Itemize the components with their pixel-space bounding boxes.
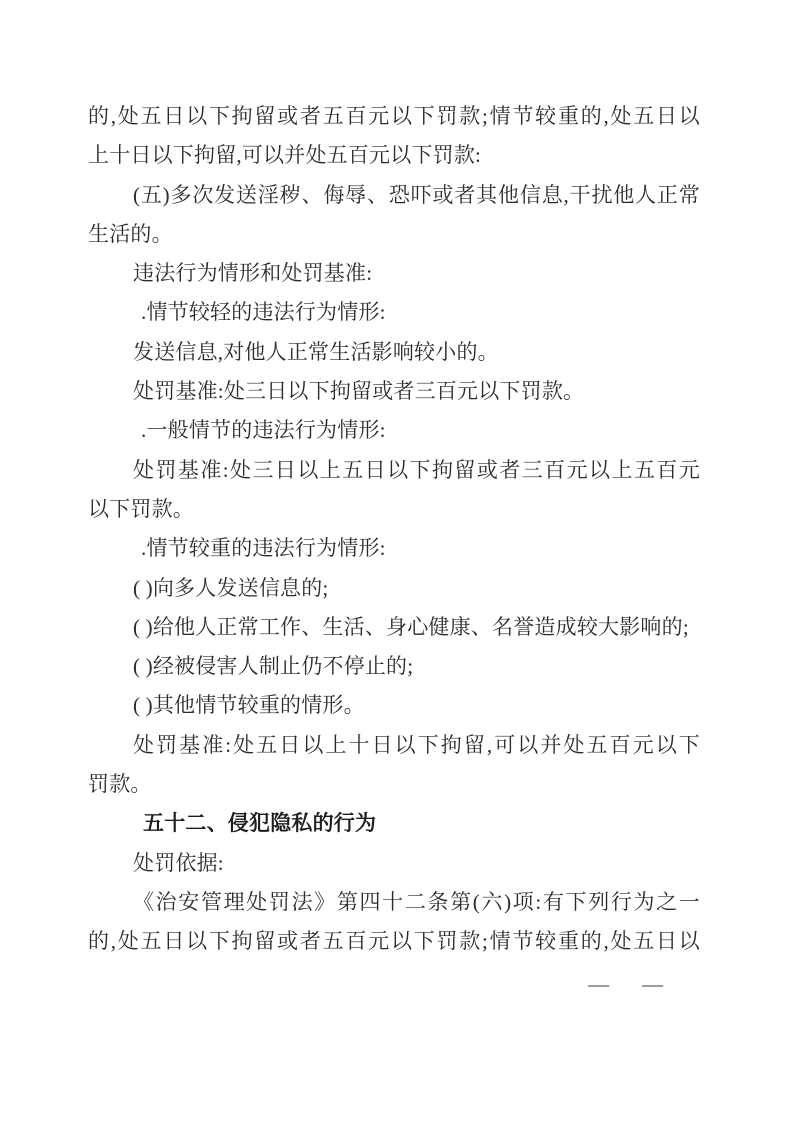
text-line: 发送信息,对他人正常生活影响较小的。 <box>88 333 700 372</box>
page-footer: — — <box>588 974 663 995</box>
text-line: ( )给他人正常工作、生活、身心健康、名誉造成较大影响的; <box>88 608 700 647</box>
text-line: 生活的。 <box>88 215 700 254</box>
page-number-dash-left: — <box>588 974 609 995</box>
text-line: 以下罚款。 <box>88 490 700 529</box>
text-line: 上十日以下拘留,可以并处五百元以下罚款: <box>88 136 700 175</box>
text-line: 处罚基准:处三日以上五日以下拘留或者三百元以上五百元 <box>88 451 700 490</box>
section-heading: 五十二、侵犯隐私的行为 <box>88 804 700 843</box>
text-line: 处罚基准:处五日以上十日以下拘留,可以并处五百元以下 <box>88 726 700 765</box>
text-block: 的,处五日以下拘留或者五百元以下罚款;情节较重的,处五日以 上十日以下拘留,可以… <box>88 97 700 962</box>
text-line: 《治安管理处罚法》第四十二条第(六)项:有下列行为之一 <box>88 883 700 922</box>
text-line: (五)多次发送淫秽、侮辱、恐吓或者其他信息,干扰他人正常 <box>88 176 700 215</box>
text-line: .情节较重的违法行为情形: <box>88 529 700 568</box>
text-line: ( )向多人发送信息的; <box>88 569 700 608</box>
text-line: ( )经被侵害人制止仍不停止的; <box>88 647 700 686</box>
text-line: 罚款。 <box>88 765 700 804</box>
page-number-dash-right: — <box>642 974 663 995</box>
text-line: .情节较轻的违法行为情形: <box>88 293 700 332</box>
text-line: 处罚依据: <box>88 844 700 883</box>
text-line: ( )其他情节较重的情形。 <box>88 686 700 725</box>
text-line: 的,处五日以下拘留或者五百元以下罚款;情节较重的,处五日以 <box>88 97 700 136</box>
document-page: 的,处五日以下拘留或者五百元以下罚款;情节较重的,处五日以 上十日以下拘留,可以… <box>0 0 793 1122</box>
text-line: 违法行为情形和处罚基准: <box>88 254 700 293</box>
text-line: .一般情节的违法行为情形: <box>88 411 700 450</box>
text-line: 处罚基准:处三日以下拘留或者三百元以下罚款。 <box>88 372 700 411</box>
text-line: 的,处五日以下拘留或者五百元以下罚款;情节较重的,处五日以 <box>88 922 700 961</box>
